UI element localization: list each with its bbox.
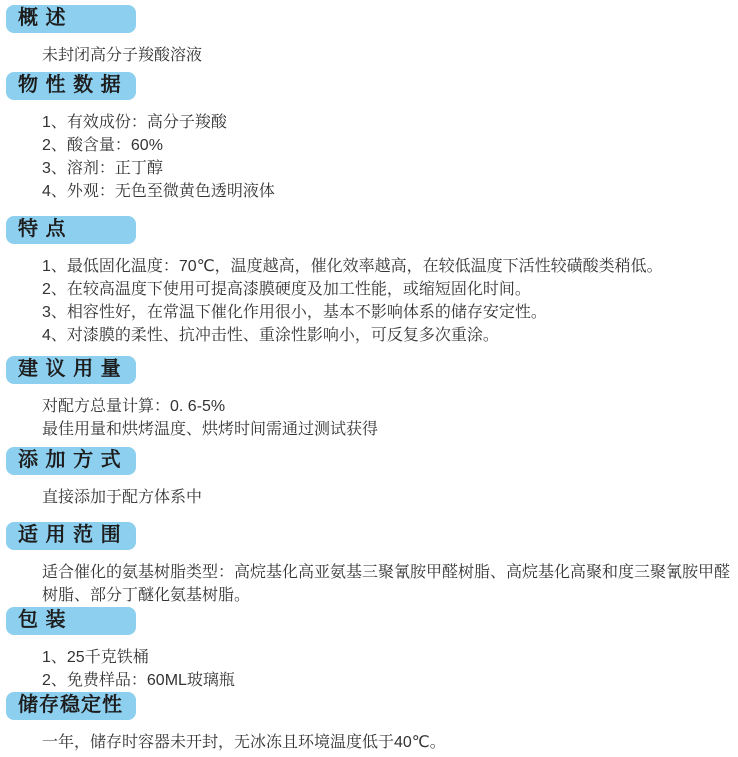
text-line: 未封闭高分子羧酸溶液 (42, 44, 730, 67)
text-line: 直接添加于配方体系中 (42, 486, 730, 509)
section-packaging: 包 装 1、25千克铁桶 2、免费样品：60ML玻璃瓶 (6, 607, 738, 692)
section-header-packaging: 包 装 (6, 607, 136, 635)
section-addition-method: 添 加 方 式 直接添加于配方体系中 (6, 447, 738, 509)
section-header-physical-data: 物 性 数 据 (6, 72, 136, 100)
product-datasheet: 概 述 未封闭高分子羧酸溶液 物 性 数 据 1、有效成份：高分子羧酸 2、酸含… (0, 0, 738, 757)
section-body-overview: 未封闭高分子羧酸溶液 (42, 44, 730, 67)
section-application-scope: 适 用 范 围 适合催化的氨基树脂类型：高烷基化高亚氨基三聚氰胺甲醛树脂、高烷基… (6, 522, 738, 607)
text-line: 一年，储存时容器未开封，无冰冻且环境温度低于40℃。 (42, 731, 730, 754)
section-body-addition-method: 直接添加于配方体系中 (42, 486, 730, 509)
section-storage-stability: 储存稳定性 一年，储存时容器未开封，无冰冻且环境温度低于40℃。 (6, 692, 738, 754)
section-features: 特 点 1、最低固化温度：70℃，温度越高，催化效率越高，在较低温度下活性较磺酸… (6, 216, 738, 347)
text-line: 最佳用量和烘烤温度、烘烤时间需通过测试获得 (42, 418, 730, 441)
list-item: 3、溶剂：正丁醇 (42, 157, 730, 180)
section-recommended-dosage: 建 议 用 量 对配方总量计算：0. 6-5% 最佳用量和烘烤温度、烘烤时间需通… (6, 356, 738, 441)
list-item: 2、免费样品：60ML玻璃瓶 (42, 669, 730, 692)
list-item: 1、有效成份：高分子羧酸 (42, 111, 730, 134)
section-body-storage-stability: 一年，储存时容器未开封，无冰冻且环境温度低于40℃。 (42, 731, 730, 754)
list-item: 4、外观：无色至微黄色透明液体 (42, 180, 730, 203)
section-body-recommended-dosage: 对配方总量计算：0. 6-5% 最佳用量和烘烤温度、烘烤时间需通过测试获得 (42, 395, 730, 441)
text-paragraph: 适合催化的氨基树脂类型：高烷基化高亚氨基三聚氰胺甲醛树脂、高烷基化高聚和度三聚氰… (42, 561, 730, 607)
section-header-overview: 概 述 (6, 5, 136, 33)
section-physical-data: 物 性 数 据 1、有效成份：高分子羧酸 2、酸含量：60% 3、溶剂：正丁醇 … (6, 72, 738, 203)
list-item: 1、25千克铁桶 (42, 646, 730, 669)
section-overview: 概 述 未封闭高分子羧酸溶液 (6, 5, 738, 67)
section-header-storage-stability: 储存稳定性 (6, 692, 136, 720)
section-header-features: 特 点 (6, 216, 136, 244)
list-item: 1、最低固化温度：70℃，温度越高，催化效率越高，在较低温度下活性较磺酸类稍低。 (42, 255, 730, 278)
section-body-packaging: 1、25千克铁桶 2、免费样品：60ML玻璃瓶 (42, 646, 730, 692)
section-body-physical-data: 1、有效成份：高分子羧酸 2、酸含量：60% 3、溶剂：正丁醇 4、外观：无色至… (42, 111, 730, 203)
section-header-recommended-dosage: 建 议 用 量 (6, 356, 136, 384)
section-header-addition-method: 添 加 方 式 (6, 447, 136, 475)
list-item: 3、相容性好，在常温下催化作用很小，基本不影响体系的储存安定性。 (42, 301, 730, 324)
list-item: 2、在较高温度下使用可提高漆膜硬度及加工性能，或缩短固化时间。 (42, 278, 730, 301)
text-line: 对配方总量计算：0. 6-5% (42, 395, 730, 418)
section-body-features: 1、最低固化温度：70℃，温度越高，催化效率越高，在较低温度下活性较磺酸类稍低。… (42, 255, 730, 347)
section-header-application-scope: 适 用 范 围 (6, 522, 136, 550)
section-body-application-scope: 适合催化的氨基树脂类型：高烷基化高亚氨基三聚氰胺甲醛树脂、高烷基化高聚和度三聚氰… (42, 561, 730, 607)
list-item: 4、对漆膜的柔性、抗冲击性、重涂性影响小，可反复多次重涂。 (42, 324, 730, 347)
list-item: 2、酸含量：60% (42, 134, 730, 157)
